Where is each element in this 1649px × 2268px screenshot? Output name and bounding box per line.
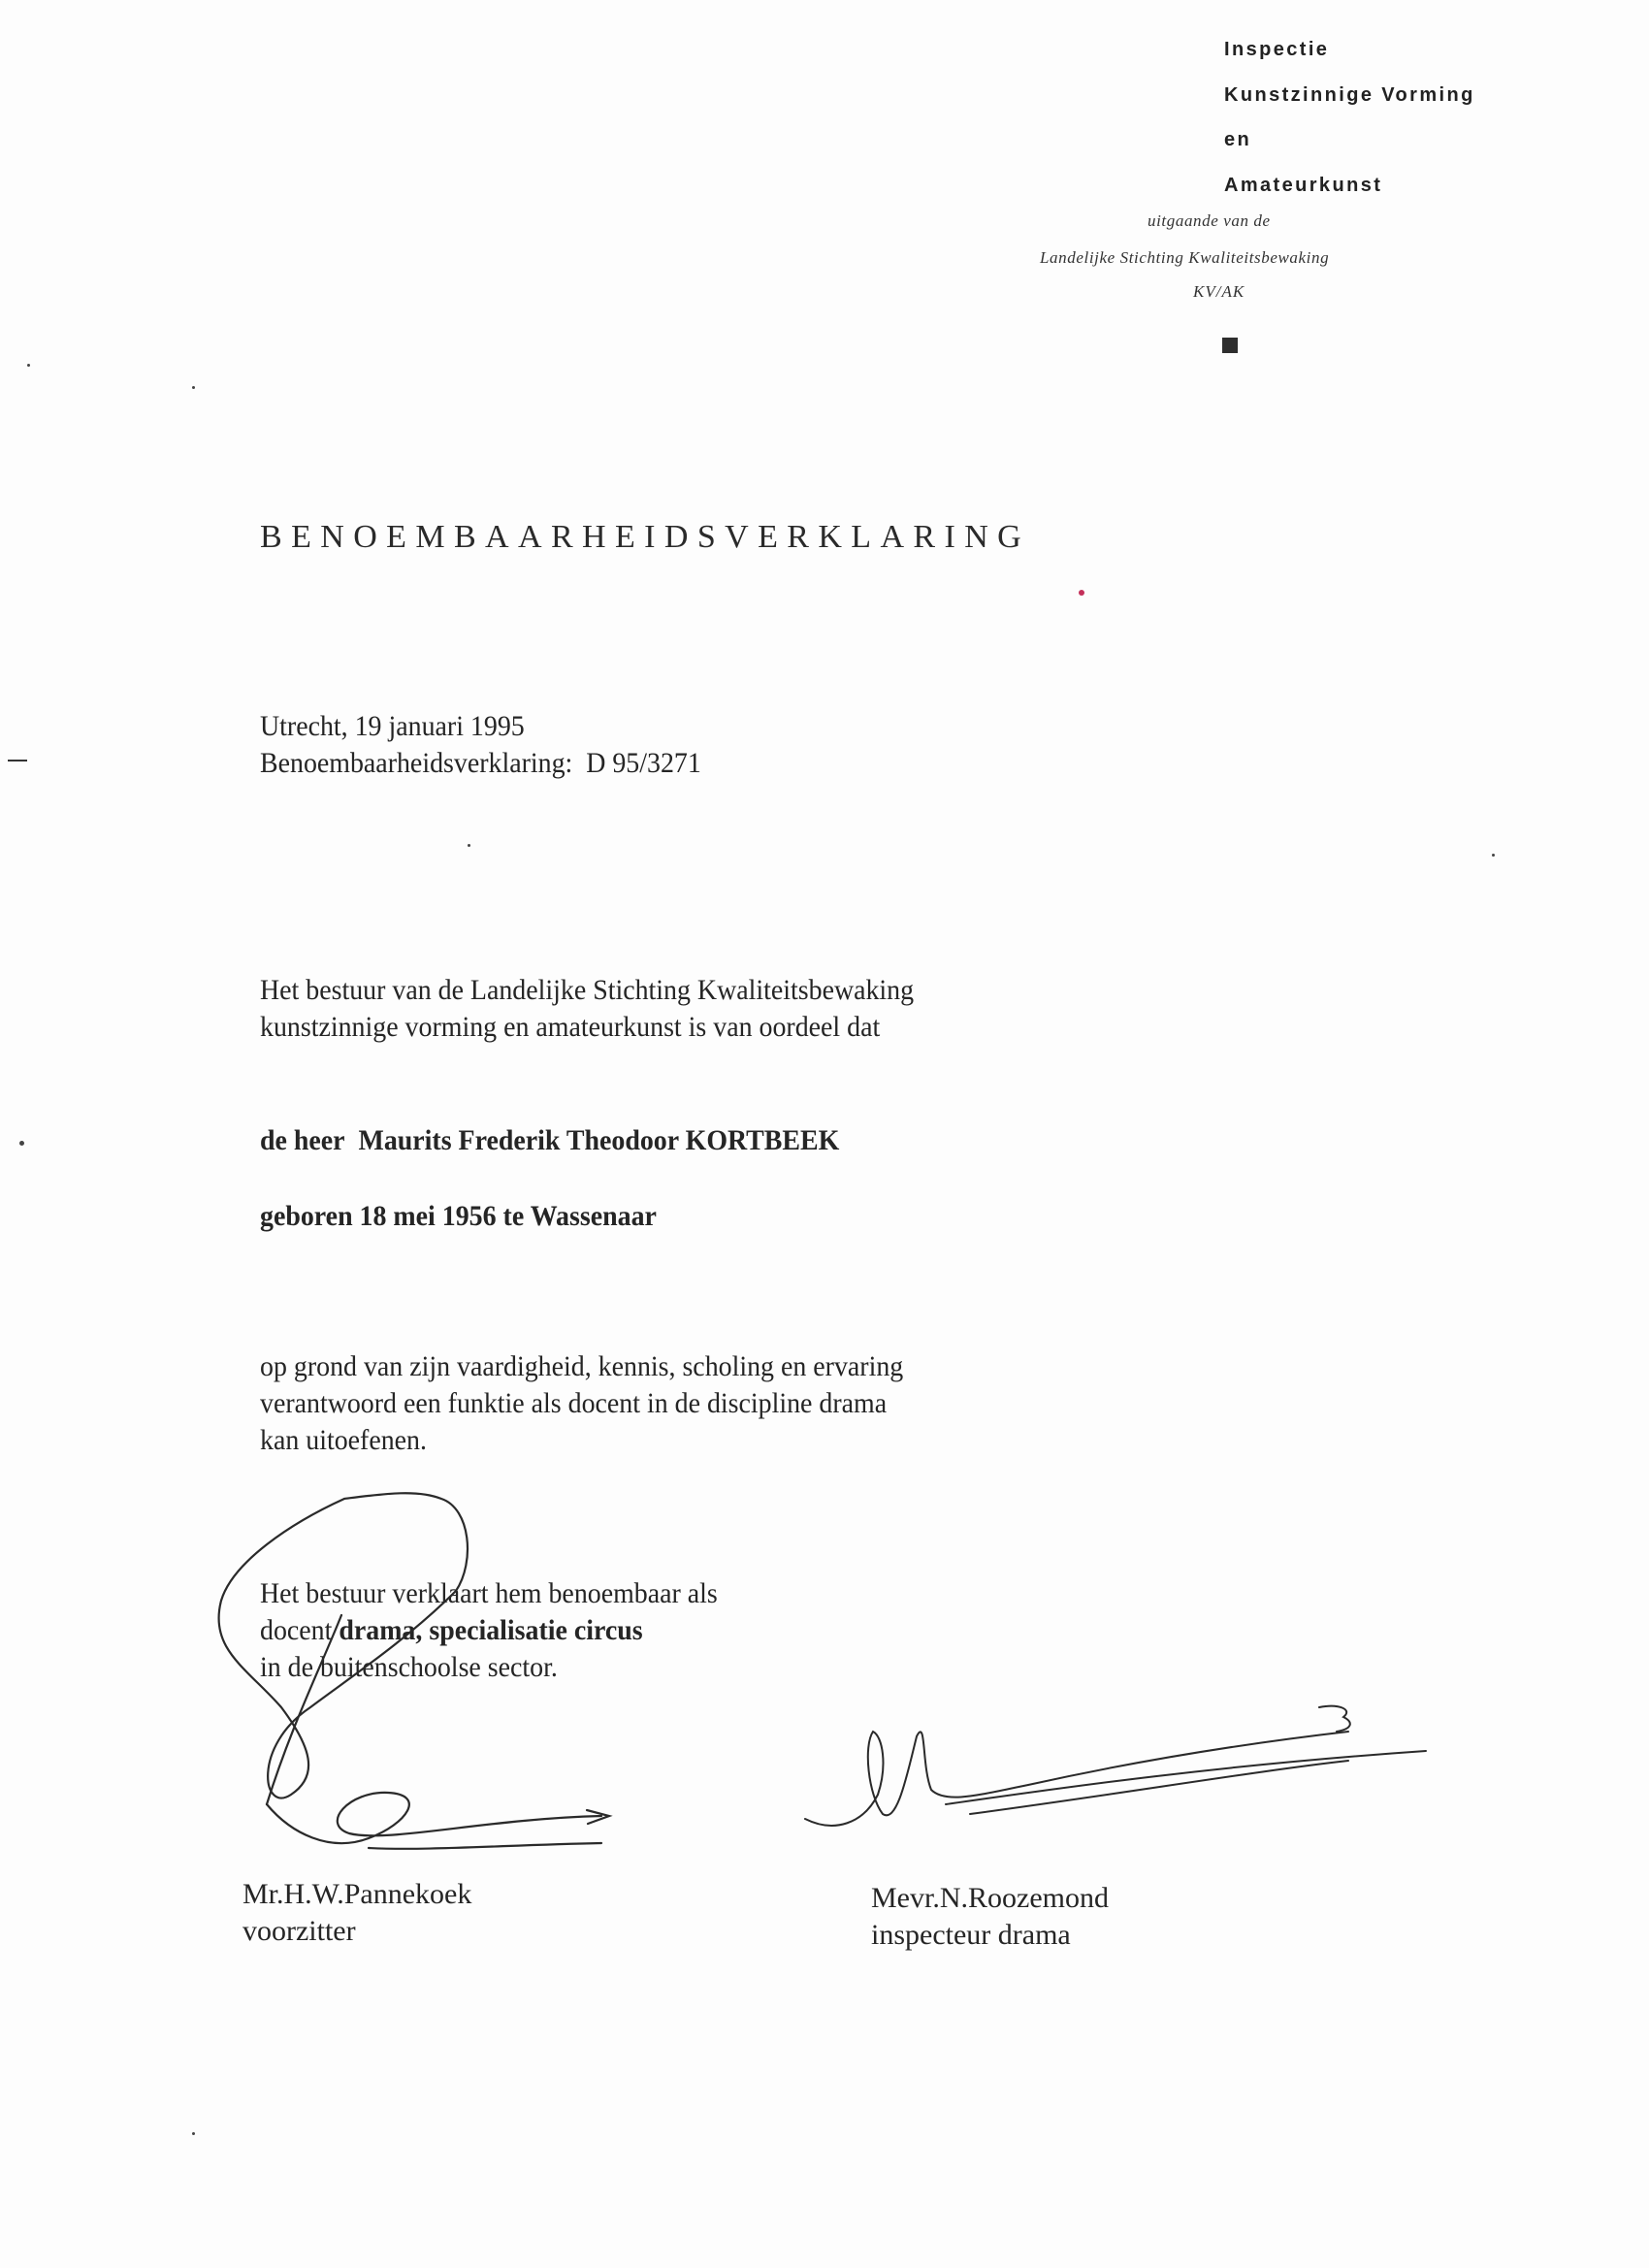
- signature-pannekoek: [218, 1493, 609, 1849]
- scan-speck: [1492, 854, 1495, 857]
- scan-speck: [468, 844, 470, 847]
- signatory-2-name: Mevr.N.Roozemond: [871, 1880, 1109, 1917]
- margin-mark: [8, 760, 27, 761]
- document-page: Inspectie Kunstzinnige Vorming en Amateu…: [0, 0, 1649, 2268]
- scan-speck: [192, 2132, 195, 2135]
- signatory-2-role: inspecteur drama: [871, 1917, 1071, 1954]
- signatory-1-name: Mr.H.W.Pannekoek: [242, 1876, 471, 1913]
- signature-roozemond: [805, 1706, 1426, 1826]
- signatory-1-role: voorzitter: [242, 1913, 356, 1950]
- scan-speck: [192, 386, 195, 389]
- scan-speck: [19, 1141, 24, 1146]
- scan-speck: [27, 364, 30, 367]
